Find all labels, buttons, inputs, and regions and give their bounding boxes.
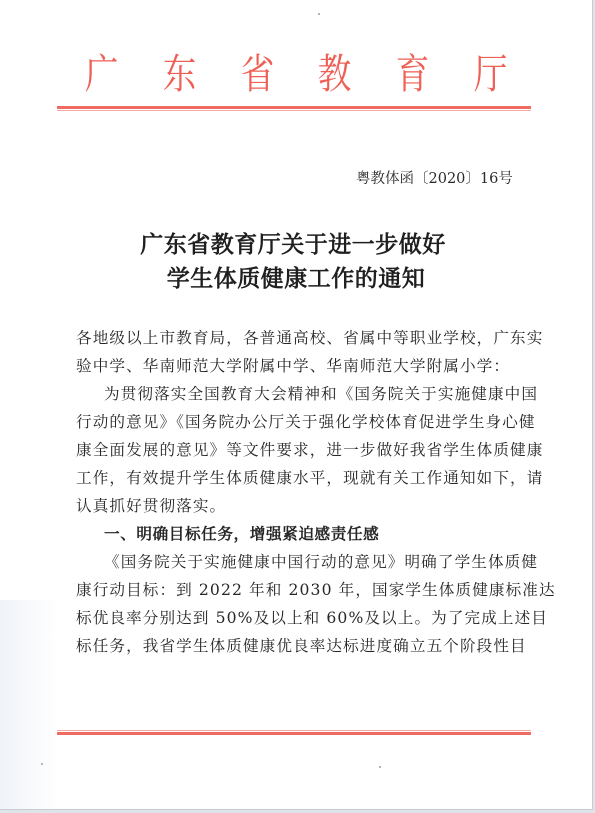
letterhead-char: 育 — [396, 52, 430, 96]
scan-speck — [318, 13, 320, 15]
paragraph-line: 为贯彻落实全国教育大会精神和《国务院关于实施健康中国 — [76, 380, 522, 408]
letterhead-rule-thick — [57, 106, 531, 109]
paragraph-line: 行动的意见》《国务院办公厅关于强化学校体育促进学生身心健 — [76, 408, 522, 436]
letterhead-char: 省 — [240, 52, 274, 96]
paragraph-line: 工作，有效提升学生体质健康水平，现就有关工作通知如下，请 — [76, 464, 522, 492]
document-body: 各地级以上市教育局，各普通高校、省属中等职业学校，广东实 验中学、华南师范大学附… — [76, 324, 522, 660]
letterhead-char: 东 — [162, 52, 196, 96]
paragraph-line: 《国务院关于实施健康中国行动的意见》明确了学生体质健 — [76, 548, 522, 576]
document-number: 粤教体函〔2020〕16号 — [356, 167, 556, 188]
paragraph-line: 标任务，我省学生体质健康优良率达标进度确立五个阶段性目 — [76, 632, 522, 660]
letterhead-char: 厅 — [474, 52, 508, 96]
letterhead-char: 教 — [318, 52, 352, 96]
paragraph-line: 认真抓好贯彻落实。 — [76, 492, 522, 520]
salutation-line: 各地级以上市教育局，各普通高校、省属中等职业学校，广东实 — [76, 324, 522, 352]
footer-rule-thick — [57, 732, 531, 735]
document-title-line-2: 学生体质健康工作的通知 — [0, 260, 592, 293]
letterhead-char: 广 — [85, 52, 119, 96]
letterhead-rule-thin — [57, 110, 531, 111]
paragraph-line: 标优良率分别达到 50%及以上和 60%及以上。为了完成上述目 — [76, 604, 522, 632]
document-title-line-1: 广东省教育厅关于进一步做好 — [0, 226, 589, 259]
salutation-line: 验中学、华南师范大学附属中学、华南师范大学附属小学： — [76, 352, 522, 380]
letterhead-issuer: 广 东 省 教 育 厅 — [57, 52, 531, 96]
section-heading: 一、明确目标任务，增强紧迫感责任感 — [76, 520, 522, 548]
document-page: 广 东 省 教 育 厅 粤教体函〔2020〕16号 广东省教育厅关于进一步做好 … — [0, 0, 593, 810]
scan-speck — [379, 766, 381, 768]
scan-speck — [41, 763, 43, 765]
paragraph-line: 康全面发展的意见》等文件要求，进一步做好我省学生体质健康 — [76, 436, 522, 464]
footer-rule-thin — [57, 730, 531, 731]
paragraph-line: 康行动目标：到 2022 年和 2030 年，国家学生体质健康标准达 — [76, 576, 522, 604]
